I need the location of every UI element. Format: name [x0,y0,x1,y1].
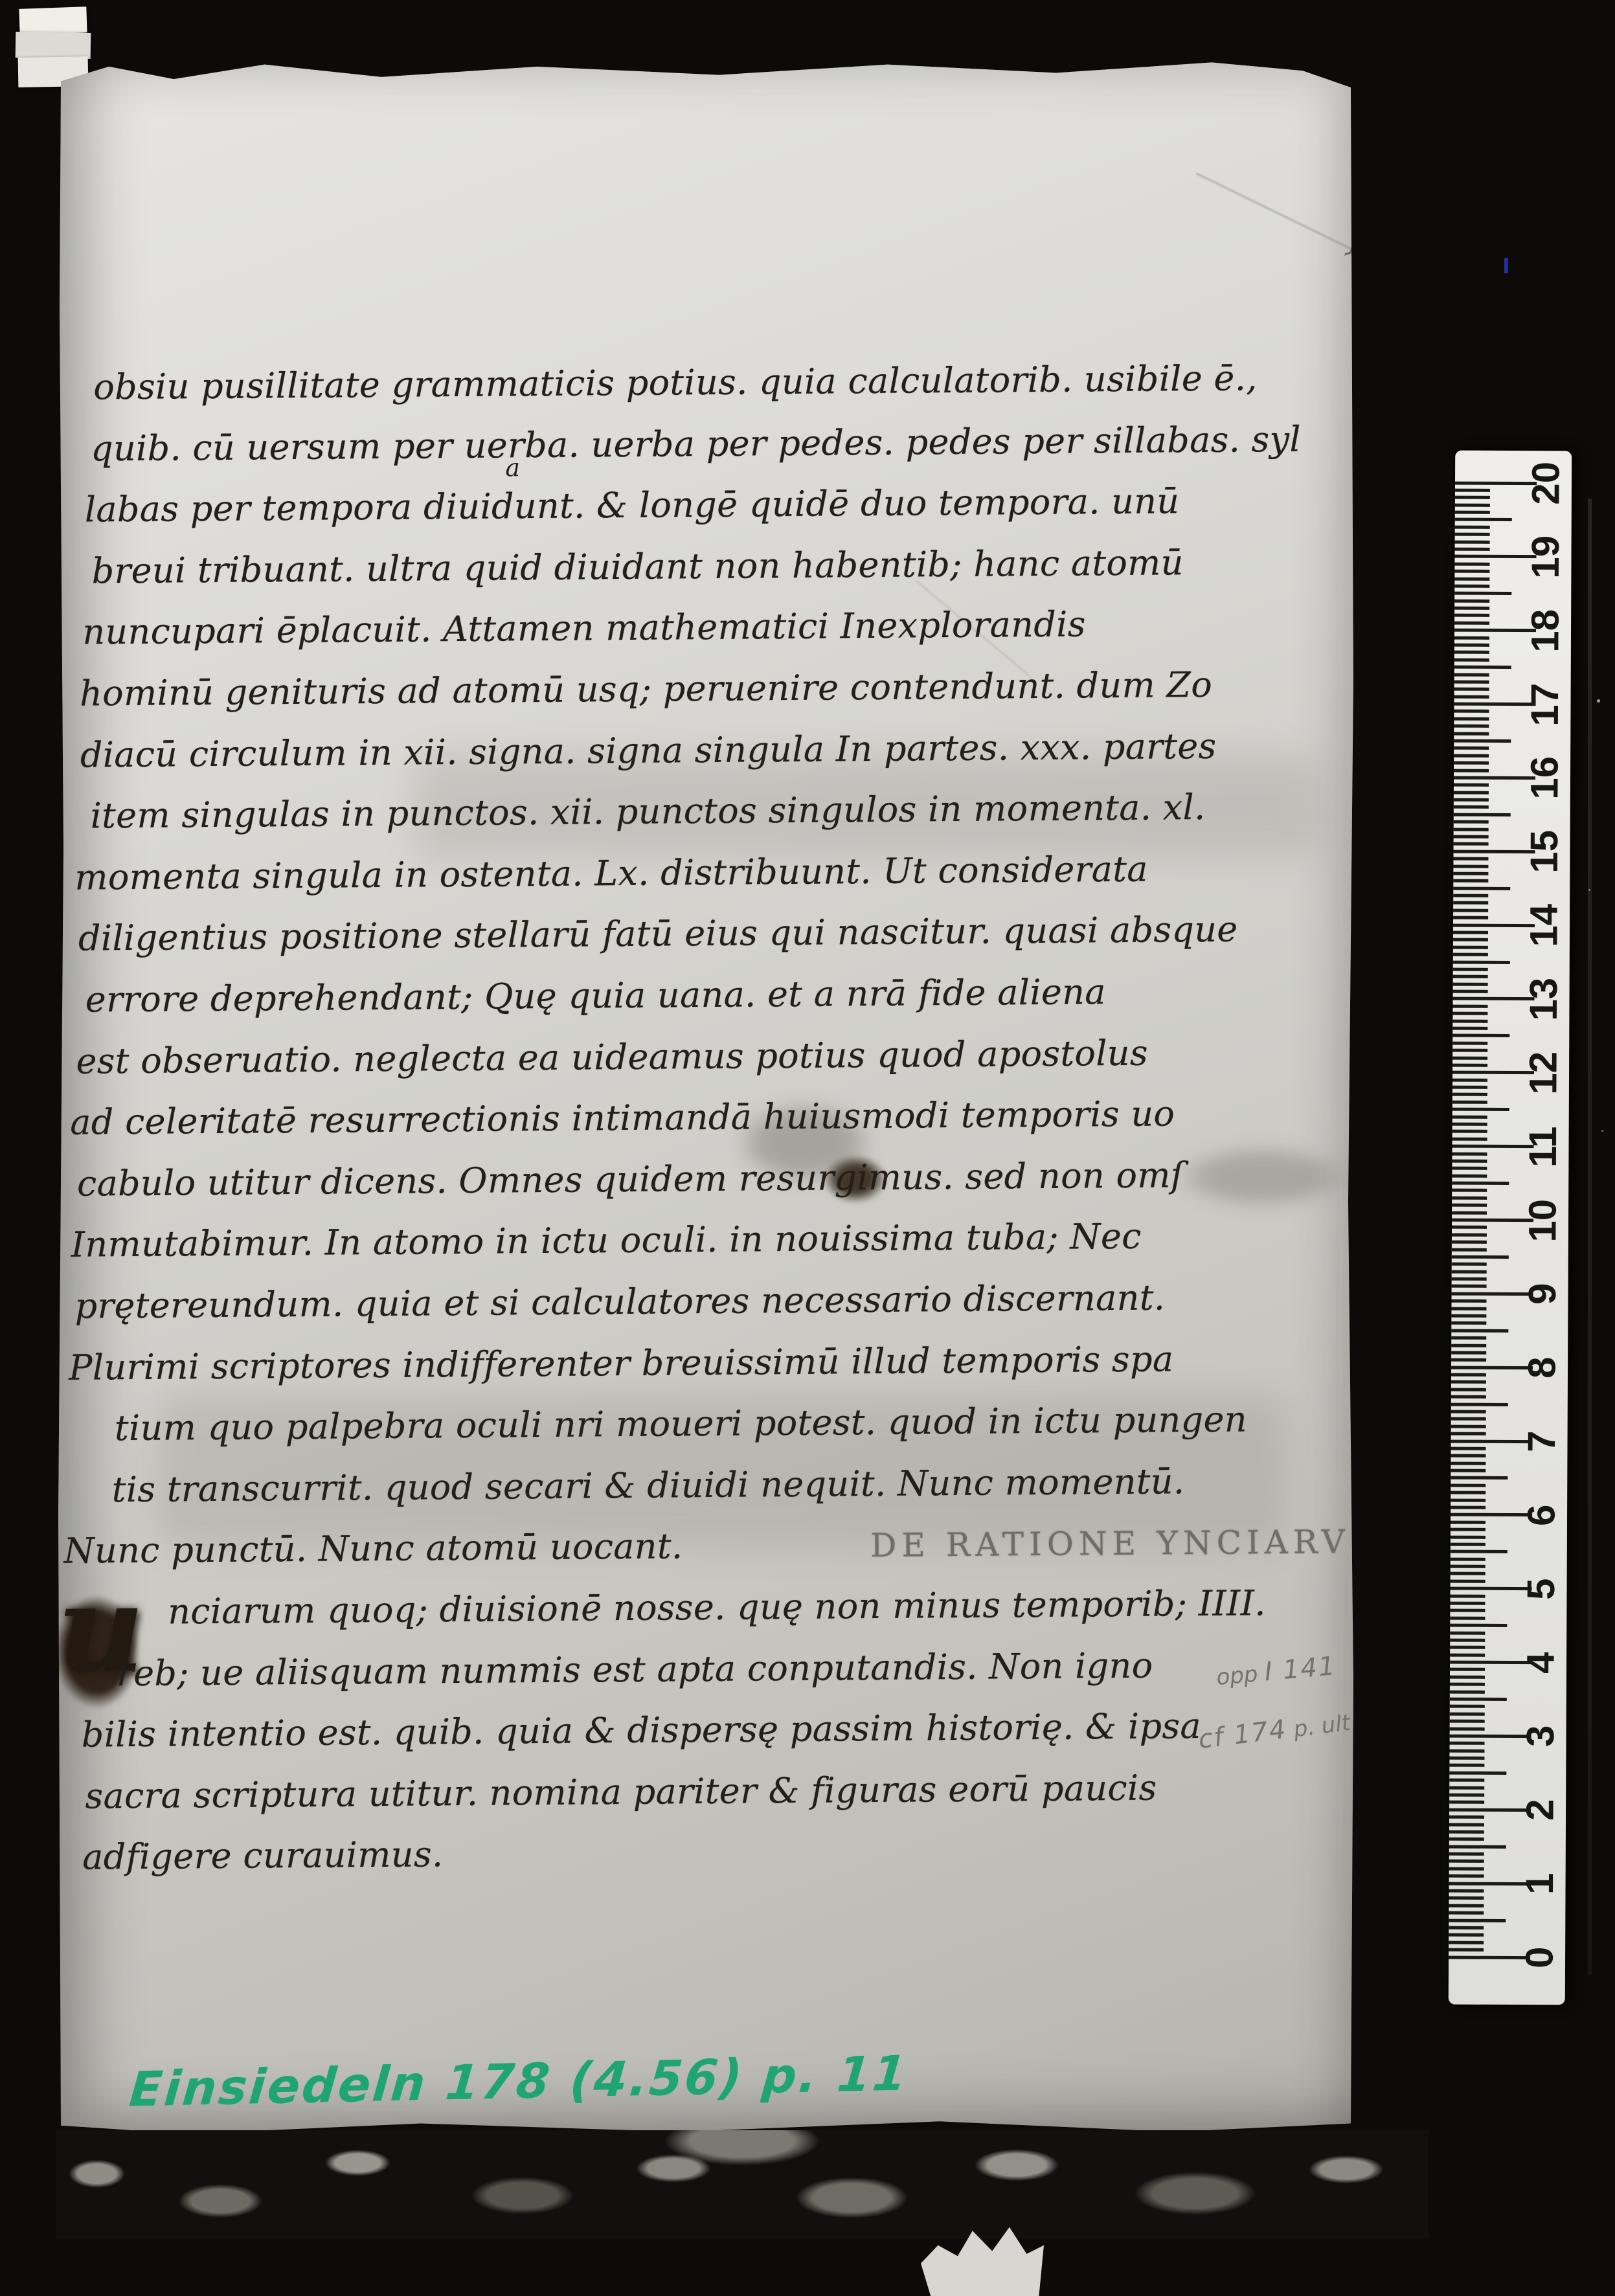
ruler-tick [1451,1351,1486,1355]
manuscript-photo: 11 a u obsiu pusillitate grammaticis pot… [0,0,1615,2296]
ruler-tick [1450,1742,1485,1745]
ruler-tick [1452,1100,1487,1103]
manuscript-text-line: sacra scriptura utitur. nomina pariter &… [85,1768,1157,1816]
ruler-tick [1455,496,1490,499]
ruler-tick [1449,1896,1484,1900]
ruler-number: 18 [1522,609,1567,652]
ruler-tick [1452,1027,1487,1030]
ruler-tick [1449,1860,1484,1863]
ruler-tick [1449,1919,1506,1922]
ruler-tick [1454,592,1511,595]
ruler-tick [1450,1616,1485,1619]
ruler-tick [1451,1373,1486,1377]
manuscript-text-line: reb; ue aliisquam nummis est apta conput… [117,1645,1153,1694]
ruler-tick [1454,813,1511,816]
manuscript-text-line: item singulas in punctos. xii. punctos s… [90,787,1205,837]
manuscript-text-line: tium quo palpebra oculi nri moueri potes… [115,1400,1247,1449]
ruler-tick [1454,614,1489,617]
manuscript-text-line: prętereundum. quia et si calculatores ne… [74,1277,1165,1326]
manuscript-text-line: hominū genituris ad atomū usq; peruenire… [80,665,1212,714]
ruler-tick [1451,1395,1486,1399]
ruler-tick [1450,1727,1485,1730]
ruler-tick [1449,1816,1484,1819]
ruler-tick [1454,651,1489,654]
ruler-tick [1454,798,1489,802]
ruler-tick [1455,518,1512,521]
ruler-tick [1452,1255,1509,1259]
manuscript-text-line: Plurimi scriptores indifferenter breuiss… [69,1339,1174,1388]
ruler-tick [1453,894,1488,897]
ruler-tick [1454,717,1489,720]
ruler-tick [1452,1004,1487,1007]
ruler-tick [1449,1904,1484,1907]
ruler-tick [1449,1852,1484,1856]
ruler-tick [1449,1794,1484,1797]
ruler-tick [1451,1469,1485,1472]
ruler-tick [1454,739,1511,743]
ruler-tick [1452,1233,1487,1236]
ruler-number: 8 [1519,1357,1564,1379]
blue-mark [1504,258,1508,273]
ruler-tick [1453,945,1488,949]
ruler-tick [1451,1329,1508,1332]
ruler-tick [1451,1344,1486,1347]
ruler-tick [1452,1137,1487,1140]
ruler-tick [1454,599,1489,602]
ruler-tick [1452,1160,1487,1163]
ruler-tick [1449,1889,1484,1893]
ruler-tick [1454,577,1489,580]
parchment-page: 11 a u obsiu pusillitate grammaticis pot… [57,58,1355,2138]
ruler-number: 1 [1517,1873,1562,1895]
ruler-tick [1452,1211,1487,1214]
ruler-number: 11 [1520,1126,1565,1167]
ruler-tick [1452,1204,1487,1207]
manuscript-text-line: breui tribuant. ultra quid diuidant non … [91,543,1184,591]
ruler-tick [1454,769,1489,772]
ruler-tick [1449,1771,1506,1774]
manuscript-text-line: nuncupari ēplacuit. Attamen mathematici … [82,605,1086,653]
ruler-tick [1452,1078,1487,1081]
ruler-tick [1451,1336,1486,1340]
ruler-tick [1452,1263,1487,1266]
ruler-tick [1449,1845,1506,1848]
paper-tab [19,6,87,35]
ruler-tick [1453,990,1488,993]
ruler-tick [1452,1012,1487,1015]
ruler-tick [1451,1461,1485,1465]
ruler-number: 14 [1521,904,1566,947]
ruler-tick [1451,1417,1486,1421]
ruler-tick [1453,931,1488,934]
ruler-tick [1452,1285,1487,1288]
ruler-tick [1452,1019,1487,1022]
ruler-tick [1451,1424,1486,1428]
ruler-number: 17 [1522,682,1567,726]
manuscript-text-line: Nunc punctū. Nunc atomū uocant.DE RATION… [63,1522,1350,1572]
ruler-number: 16 [1522,756,1566,800]
photo-background-texture [56,2130,1429,2239]
ruler-tick [1454,805,1489,809]
ruler-tick [1451,1476,1508,1480]
ruler-tick [1453,864,1488,868]
ruler-tick [1454,761,1489,765]
manuscript-text-line: obsiu pusillitate grammaticis potius. qu… [93,358,1258,407]
ruler-tick [1452,1130,1487,1133]
ruler-tick [1450,1668,1485,1671]
manuscript-text-line: momenta singula in ostenta. Lx. distribu… [74,849,1148,897]
ruler: 01234567891011121314151617181920 [1449,451,1572,2005]
ruler-number: 15 [1522,830,1566,873]
ruler-tick [1454,681,1489,684]
manuscript-text-line: tis transcurrit. quod secari & diuidi ne… [111,1461,1184,1510]
ruler-tick [1449,1830,1484,1834]
ruler-number: 0 [1517,1946,1562,1968]
ruler-tick [1451,1594,1485,1597]
ruler-tick [1449,1941,1484,1944]
ruler-tick [1451,1447,1486,1450]
ruler-tick [1450,1698,1507,1701]
ruler-number: 9 [1520,1283,1564,1305]
ruler-tick [1454,747,1489,750]
chapter-rubric: DE RATIONE YNCIARV [870,1524,1350,1565]
ruler-tick [1453,982,1488,985]
ruler-tick [1452,1108,1509,1111]
ruler-tick [1454,570,1489,573]
ruler-tick [1451,1307,1486,1310]
manuscript-text-block: a u obsiu pusillitate grammaticis potius… [49,53,1362,2143]
ruler-tick [1449,1926,1484,1930]
ruler-number: 13 [1521,978,1566,1021]
ruler-tick [1450,1690,1485,1693]
ruler-number: 5 [1519,1578,1563,1600]
ruler-tick [1452,1123,1487,1126]
ruler-tick [1454,791,1489,794]
ruler-tick [1451,1520,1485,1524]
ruler-tick [1450,1720,1485,1723]
manuscript-text-line: labas per tempora diuidunt. & longē quid… [85,481,1180,530]
ruler-tick [1449,1948,1484,1952]
ruler-tick [1453,886,1510,890]
ruler-tick [1453,968,1488,971]
ruler-number: 4 [1518,1652,1563,1674]
ruler-tick [1454,710,1489,713]
ruler-tick [1454,820,1489,824]
ruler-tick [1451,1535,1485,1538]
ruler-tick [1454,725,1489,728]
ruler-tick [1450,1624,1507,1627]
ruler-tick [1452,1115,1487,1118]
ruler-tick [1450,1705,1485,1708]
ruler-tick [1449,1867,1484,1870]
ruler-number: 2 [1518,1799,1563,1821]
manuscript-text-line: errore deprehendant; Quę quia uana. et a… [85,972,1106,1020]
ruler-tick [1454,666,1511,669]
ruler-tick [1451,1402,1508,1406]
ruler-tick [1452,1241,1487,1244]
ruler-tick [1451,1491,1485,1494]
ruler-tick [1455,533,1490,536]
manuscript-text-line: Inmutabimur. In atomo in ictu oculi. in … [71,1217,1142,1265]
ruler-tick [1449,1749,1484,1752]
ruler-tick [1452,1174,1487,1177]
ruler-tick [1453,916,1488,919]
ruler-tick [1449,1874,1484,1878]
ruler-tick [1455,503,1490,506]
ruler-tick [1451,1380,1486,1384]
ruler-tick [1454,607,1489,610]
ruler-tick [1452,1196,1487,1199]
ruler-tick [1452,1041,1487,1044]
ruler-tick [1449,1779,1484,1782]
ruler-tick [1455,540,1490,543]
ruler-tick [1452,1064,1487,1067]
ruler-number: 10 [1520,1199,1564,1242]
ruler-tick [1450,1609,1485,1612]
ruler-tick [1455,511,1490,514]
ruler-number: 3 [1518,1726,1563,1748]
ruler-tick [1452,1248,1487,1251]
paper-tab [16,32,91,59]
ruler-tick [1452,1182,1509,1185]
ruler-tick [1450,1602,1485,1605]
ruler-tick [1449,1933,1484,1937]
ruler-tick [1453,975,1488,978]
dust-speck [1597,699,1600,703]
ruler-tick [1454,658,1489,661]
ruler-tick [1454,644,1489,647]
ruler-tick [1454,673,1489,676]
ruler-tick [1451,1314,1486,1318]
ruler-number: 19 [1523,535,1568,579]
ruler-tick [1453,901,1488,905]
ruler-number: 20 [1523,462,1568,505]
ruler-tick [1450,1646,1485,1649]
ruler-tick [1453,908,1488,912]
manuscript-text-line: diacū circulum in xii. signa. signa sing… [80,726,1217,775]
ruler-tick [1450,1653,1485,1656]
ruler-tick [1451,1358,1486,1362]
ruler-tick [1451,1557,1485,1560]
ruler-tick [1454,562,1489,565]
ruler-tick [1449,1786,1484,1789]
ruler-tick [1455,548,1490,551]
ruler-tick [1454,584,1489,587]
ruler-tick [1451,1565,1485,1568]
ruler-edge-shadow [1588,499,1592,1975]
ruler-tick [1451,1550,1508,1553]
manuscript-text-line: ad celeritatē resurrectionis intimandā h… [70,1094,1175,1143]
manuscript-text-line: cabulo utitur dicens. Omnes quidem resur… [77,1155,1184,1204]
ruler-tick [1454,827,1489,831]
ruler-tick [1452,1093,1487,1096]
ruler-tick [1453,879,1488,883]
ruler-tick [1452,1034,1509,1037]
ruler-tick [1451,1579,1485,1582]
ruler-tick [1449,1838,1484,1841]
ruler-tick [1453,857,1488,861]
ruler-number: 7 [1519,1430,1564,1452]
ruler-number: 12 [1520,1051,1565,1094]
page-number-pencil: 11 [1340,197,1404,267]
ruler-tick [1452,1086,1487,1089]
ruler-tick [1453,953,1488,956]
ruler-tick [1454,732,1489,735]
ruler-tick [1452,1226,1487,1229]
ruler-tick [1454,695,1489,698]
ruler-tick [1454,835,1489,838]
ruler-tick [1454,621,1489,624]
manuscript-text-line: quib. cū uersum per uerba. uerba per ped… [91,419,1301,469]
ruler-tick [1452,1152,1487,1155]
ruler-tick [1451,1572,1485,1575]
ruler-tick [1451,1483,1485,1487]
ruler-tick [1452,1189,1487,1192]
ruler-tick [1455,525,1490,528]
ruler-tick [1450,1631,1485,1634]
ruler-tick [1454,754,1489,757]
ruler-tick [1451,1322,1486,1325]
ruler-tick [1449,1823,1484,1826]
ruler-tick [1451,1432,1486,1435]
ruler-tick [1454,688,1489,691]
ruler-tick [1452,1277,1487,1281]
ruler-number: 6 [1519,1504,1563,1526]
ruler-tick [1453,938,1488,941]
ruler-tick [1452,1167,1487,1170]
ruler-tick [1450,1675,1485,1678]
ruler-tick [1451,1506,1485,1509]
ruler-tick [1449,1764,1484,1767]
ruler-tick [1451,1388,1486,1391]
ruler-tick [1454,783,1489,787]
ruler-tick [1449,1757,1484,1760]
ruler-tick [1455,488,1490,491]
ruler-tick [1451,1528,1485,1531]
ruler-tick [1450,1639,1485,1642]
ruler-tick [1451,1498,1485,1502]
manuscript-text-line: adfigere curauimus. [82,1835,444,1878]
ruler-tick [1449,1801,1484,1804]
ruler-tick [1451,1454,1485,1458]
ruler-tick [1449,1911,1484,1915]
ruler-tick [1451,1410,1486,1413]
ruler-tick [1451,1300,1486,1303]
ruler-tick [1450,1712,1485,1715]
manuscript-text-line: nciarum quoq; diuisionē nosse. quę non m… [168,1583,1266,1632]
ruler-tick [1450,1683,1485,1686]
ruler-tick [1454,636,1489,639]
manuscript-text-line: diligentius positione stellarū fatū eius… [78,910,1238,959]
ruler-tick [1453,872,1488,875]
ruler-tick [1451,1543,1485,1546]
ruler-tick [1452,1270,1487,1273]
manuscript-text-line: est obseruatio. neglecta ea uideamus pot… [76,1033,1148,1081]
ruler-tick [1452,1049,1487,1052]
manuscript-text-line: bilis intentio est. quib. quia & dispers… [81,1706,1201,1755]
ruler-tick [1452,1056,1487,1059]
ruler-tick [1453,960,1510,963]
ruler-tick [1454,842,1489,846]
